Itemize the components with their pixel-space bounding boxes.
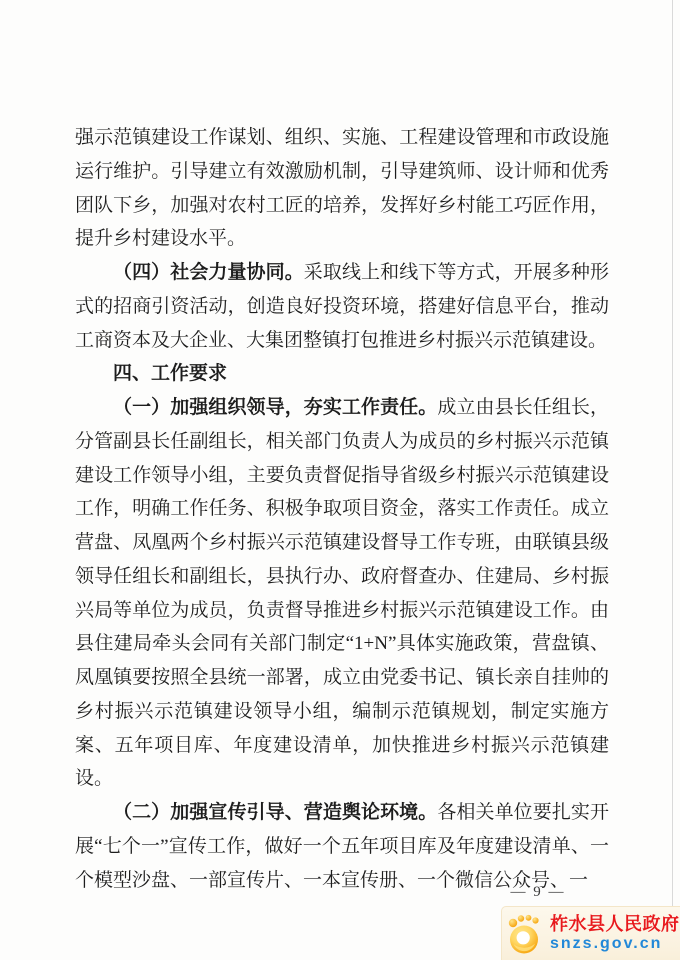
- paragraph: 强示范镇建设工作谋划、组织、实施、工程建设管理和市政设施运行维护。引导建立有效激…: [75, 121, 609, 256]
- paragraph: （四）社会力量协同。采取线上和线下等方式，开展多种形式的招商引资活动，创造良好投…: [75, 256, 609, 357]
- paragraph-lead-bold: （一）加强组织领导，夯实工作责任。: [113, 397, 437, 418]
- paragraph-text: 强示范镇建设工作谋划、组织、实施、工程建设管理和市政设施运行维护。引导建立有效激…: [75, 127, 609, 249]
- gov-site-text: 柞水县人民政府 snzs.gov.cn: [550, 915, 680, 952]
- document-page: 强示范镇建设工作谋划、组织、实施、工程建设管理和市政设施运行维护。引导建立有效激…: [0, 0, 680, 960]
- section-heading: 四、工作要求: [75, 357, 609, 391]
- paragraph-lead-bold: （四）社会力量协同。: [113, 262, 304, 283]
- gov-site-watermark: 柞水县人民政府 snzs.gov.cn: [501, 906, 680, 960]
- scan-edge-line: [672, 0, 673, 960]
- paragraph-lead-bold: （二）加强宣传引导、营造舆论环境。: [113, 802, 437, 823]
- section-heading-text: 四、工作要求: [113, 363, 227, 384]
- paragraph: （一）加强组织领导，夯实工作责任。成立由县长任组长，分管副县长任副组长，相关部门…: [75, 391, 609, 796]
- gov-site-url: snzs.gov.cn: [550, 935, 680, 953]
- page-number: — 9 —: [498, 884, 578, 901]
- paw-print-icon: [507, 913, 541, 955]
- paragraph-text: 成立由县长任组长，分管副县长任副组长，相关部门负责人为成员的乡村振兴示范镇建设工…: [75, 397, 609, 789]
- gov-org-name: 柞水县人民政府: [550, 915, 680, 935]
- paragraph: （二）加强宣传引导、营造舆论环境。各相关单位要扎实开展“七个一”宣传工作，做好一…: [75, 796, 609, 897]
- document-body: 强示范镇建设工作谋划、组织、实施、工程建设管理和市政设施运行维护。引导建立有效激…: [75, 121, 609, 897]
